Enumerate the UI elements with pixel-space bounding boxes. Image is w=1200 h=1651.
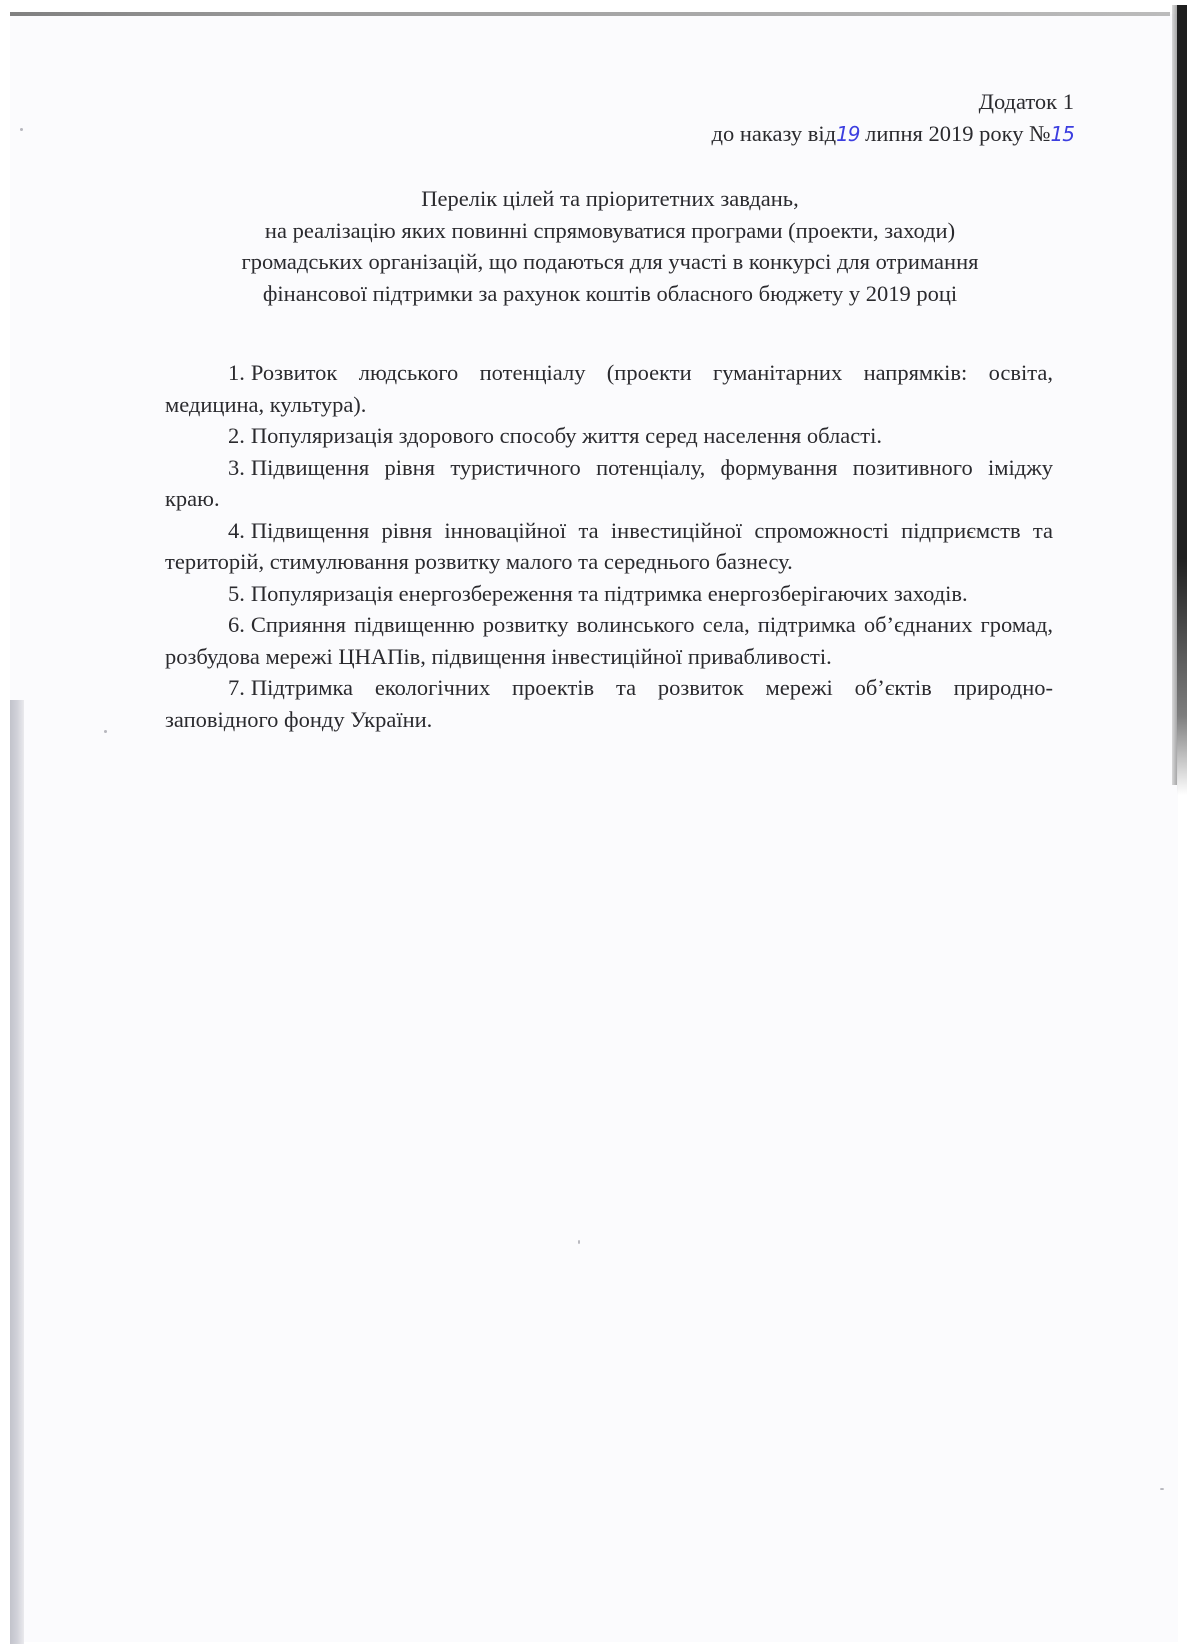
item-text: Сприяння підвищенню розвитку волинського… — [165, 612, 1053, 669]
scan-speck — [104, 730, 107, 733]
list-item: 6.Сприяння підвищенню розвитку волинсько… — [165, 609, 1053, 672]
document-title: Перелік цілей та пріоритетних завдань, н… — [140, 183, 1080, 309]
item-number: 2. — [228, 423, 245, 448]
scan-bottom-edge — [10, 1644, 1180, 1651]
scan-speck — [1160, 1488, 1164, 1490]
list-item: 4.Підвищення рівня інноваційної та інвес… — [165, 515, 1053, 578]
item-text: Популяризація енергозбереження та підтри… — [251, 581, 968, 606]
item-number: 5. — [228, 581, 245, 606]
title-line: фінансової підтримки за рахунок коштів о… — [140, 278, 1080, 310]
scan-top-edge-shadow — [10, 12, 1170, 16]
item-number: 6. — [228, 612, 245, 637]
appendix-header: Додаток 1 до наказу від19 липня 2019 рок… — [712, 86, 1074, 150]
scan-right-edge-bar — [1177, 5, 1187, 795]
item-text: Розвиток людського потенціалу (проекти г… — [165, 360, 1053, 417]
list-item: 7.Підтримка екологічних проектів та розв… — [165, 672, 1053, 735]
title-line: Перелік цілей та пріоритетних завдань, — [140, 183, 1080, 215]
scan-speck — [578, 1240, 580, 1244]
handwritten-order-day: 19 — [836, 122, 859, 146]
title-line: на реалізацію яких повинні спрямовуватис… — [140, 215, 1080, 247]
item-text: Підвищення рівня туристичного потенціалу… — [165, 455, 1053, 512]
order-prefix: до наказу від — [712, 121, 837, 146]
order-reference: до наказу від19 липня 2019 року №15 — [712, 118, 1074, 150]
scan-left-edge-strip — [10, 700, 24, 1644]
list-item: 5.Популяризація енергозбереження та підт… — [165, 578, 1053, 610]
title-line: громадських організацій, що подаються дл… — [140, 246, 1080, 278]
list-item: 3.Підвищення рівня туристичного потенціа… — [165, 452, 1053, 515]
item-number: 7. — [228, 675, 245, 700]
item-number: 4. — [228, 518, 245, 543]
appendix-label: Додаток 1 — [712, 86, 1074, 118]
list-item: 2.Популяризація здорового способу життя … — [165, 420, 1053, 452]
item-text: Підвищення рівня інноваційної та інвести… — [165, 518, 1053, 575]
list-item: 1.Розвиток людського потенціалу (проекти… — [165, 357, 1053, 420]
priorities-list: 1.Розвиток людського потенціалу (проекти… — [165, 357, 1053, 735]
item-number: 3. — [228, 455, 245, 480]
handwritten-order-number: 15 — [1051, 122, 1074, 146]
item-number: 1. — [228, 360, 245, 385]
item-text: Підтримка екологічних проектів та розвит… — [165, 675, 1053, 732]
scan-speck — [20, 128, 23, 131]
item-text: Популяризація здорового способу життя се… — [251, 423, 882, 448]
order-date-rest: липня 2019 року № — [865, 121, 1050, 146]
